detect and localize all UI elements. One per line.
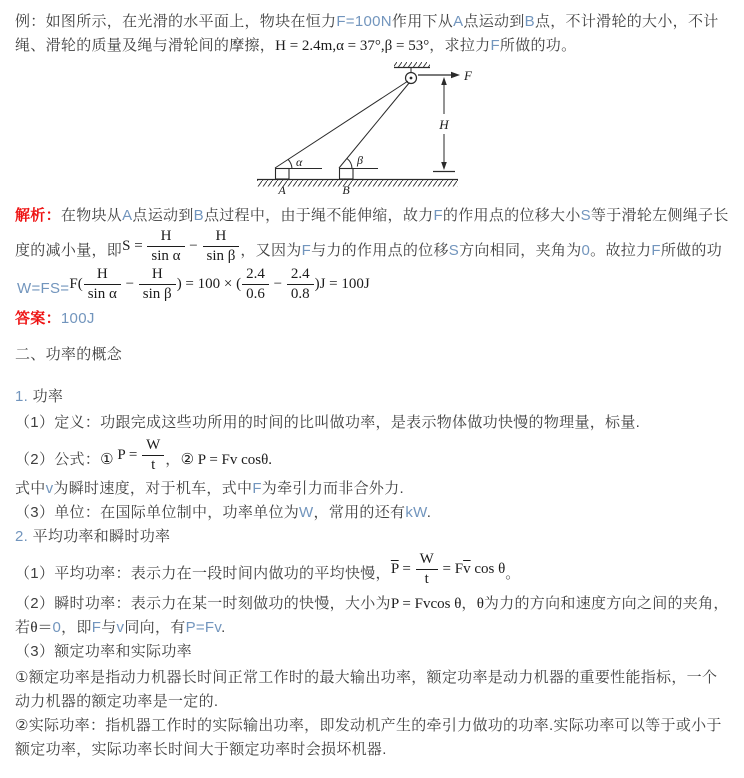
text-segment: 方向相同，夹角为 xyxy=(459,242,581,259)
block-b xyxy=(340,169,354,180)
formula-token: ) = 100 × ( xyxy=(177,276,241,292)
force-label: F xyxy=(463,68,473,83)
work-formula: F(Hsin α − Hsin β) = 100 × (2.40.6 − 2.4… xyxy=(69,266,369,304)
text-segment: . xyxy=(221,619,225,636)
fraction-numerator: H xyxy=(147,228,184,247)
text-segment: 解析： xyxy=(15,207,61,224)
solution-text-2: ，又因为F与力的作用点的位移S方向相同，夹角为0。故拉力F所做的功 xyxy=(240,242,722,259)
fraction: Hsin α xyxy=(146,228,185,266)
text-segment: θ＝ xyxy=(30,620,52,636)
formula-token: cos θ xyxy=(471,561,506,577)
text-segment: F=100N xyxy=(336,13,392,30)
answer-value: 100J xyxy=(61,310,95,327)
text-segment: 。故拉力 xyxy=(590,242,651,259)
fraction-denominator: t xyxy=(142,456,164,474)
text-segment: 在物块从 xyxy=(61,207,122,224)
formula-token: − xyxy=(122,276,138,292)
text-segment: 0 xyxy=(53,619,62,636)
text-segment: F xyxy=(302,242,311,259)
fraction: Hsin α xyxy=(83,266,122,304)
fraction: Hsin β xyxy=(202,228,241,266)
fraction-denominator: sin α xyxy=(84,285,121,303)
avg-inst-heading: 2. 平均功率和瞬时功率 xyxy=(15,525,729,549)
text-segment: A xyxy=(453,13,463,30)
beta-label: β xyxy=(356,153,363,167)
formula-token: P = xyxy=(117,447,141,463)
section-heading: 二、功率的概念 xyxy=(15,343,729,367)
formula-token: P xyxy=(391,561,399,577)
example-paragraph: 例：如图所示，在光滑的水平面上，物块在恒力F=100N作用下从A点运动到B点，不… xyxy=(15,10,729,58)
fraction-denominator: sin α xyxy=(147,247,184,265)
work-formula-line: W=FS=F(Hsin α − Hsin β) = 100 × (2.40.6 … xyxy=(17,266,729,304)
circled-one: ① xyxy=(100,452,117,468)
rope-line-a xyxy=(275,81,408,168)
text-segment: 式中 xyxy=(15,480,46,497)
text-segment: （3）单位：在国际单位制中，功率单位为 xyxy=(15,504,299,521)
text-segment: ①额定功率是指动力机器长时间正常工作时的最大输出功率，额定功率是动力机器的重要性… xyxy=(15,669,717,710)
formula-token: − xyxy=(186,238,202,254)
average-power-line: （1）平均功率：表示力在一段时间内做功的平均快慢，P = Wt = Fv cos… xyxy=(15,551,729,589)
formula-list-label: （2）公式： xyxy=(15,451,100,468)
text-segment: 与力的作用点的位移 xyxy=(311,242,449,259)
power-formula-line: （2）公式：① P = Wt，② P = Fv cosθ. xyxy=(15,437,729,475)
text-segment: 的作用点的位移大小 xyxy=(443,207,581,224)
text-segment: F xyxy=(433,207,442,224)
rated-power-paragraph: ①额定功率是指动力机器长时间正常工作时的最大输出功率，额定功率是动力机器的重要性… xyxy=(15,666,729,714)
fraction-denominator: sin β xyxy=(139,285,176,303)
ceiling-hatch-icon xyxy=(394,62,430,73)
power-unit: （3）单位：在国际单位制中，功率单位为W，常用的还有kW. xyxy=(15,501,729,525)
text-segment: ，又因为 xyxy=(240,242,301,259)
fraction: Hsin β xyxy=(138,266,177,304)
formula-token: = xyxy=(399,561,415,577)
text-segment: 平均功率和瞬时功率 xyxy=(28,528,170,545)
fraction-numerator: 2.4 xyxy=(287,266,314,285)
text-segment: S xyxy=(449,242,459,259)
text-segment: ，求拉力 xyxy=(429,37,490,54)
text-segment: ②实际功率：指机器工作时的实际输出功率，即发动机产生的牵引力做功的功率. xyxy=(15,717,553,734)
text-segment: 例：如图所示，在光滑的水平面上，物块在恒力 xyxy=(15,13,336,30)
pulley-figure-svg: F α β A B xyxy=(232,62,514,198)
answer-label: 答案： xyxy=(15,310,61,327)
fraction-numerator: W xyxy=(416,551,438,570)
rope-line-b xyxy=(339,83,410,169)
average-power-text: （1）平均功率：表示力在一段时间内做功的平均快慢， xyxy=(15,565,391,582)
formula-token: )J = 100J xyxy=(315,276,370,292)
avg-power-formula: P = Wt = Fv cos θ xyxy=(391,551,505,589)
text-segment: F xyxy=(252,480,261,497)
text-segment: （3）额定功率和实际功率 xyxy=(15,643,192,660)
formula-token: v xyxy=(463,561,471,577)
fraction: 2.40.8 xyxy=(286,266,315,304)
actual-power-paragraph: ②实际功率：指机器工作时的实际输出功率，即发动机产生的牵引力做功的功率.实际功率… xyxy=(15,714,729,762)
ground-hatch-icon xyxy=(257,180,458,187)
text-segment: F xyxy=(490,37,499,54)
text-segment: F xyxy=(651,242,660,259)
text-segment: （2）瞬时功率：表示力在某一时刻做功的快慢，大小为 xyxy=(15,595,391,612)
text-segment: 所做的功。 xyxy=(500,37,577,54)
rated-actual-heading: （3）额定功率和实际功率 xyxy=(15,640,729,664)
text-segment: 点运动到 xyxy=(132,207,193,224)
power-heading: 1. 功率 xyxy=(15,385,729,409)
text-segment: （1）平均功率：表示力在一段时间内做功的平均快慢， xyxy=(15,565,391,582)
height-label: H xyxy=(438,117,449,132)
fraction: Wt xyxy=(141,437,165,475)
fraction: Wt xyxy=(415,551,439,589)
text-segment: 功率 xyxy=(28,388,63,405)
fraction-numerator: H xyxy=(203,228,240,247)
text-segment: 作用下从 xyxy=(392,13,453,30)
text-segment: P=Fv xyxy=(186,619,222,636)
text-segment: ，常用的还有 xyxy=(314,504,406,521)
instant-power-line: （2）瞬时功率：表示力在某一时刻做功的快慢，大小为P = Fvcos θ，θ为力… xyxy=(15,592,729,640)
fraction-denominator: 0.8 xyxy=(287,285,314,303)
fraction-numerator: 2.4 xyxy=(242,266,269,285)
text-segment: ，即 xyxy=(61,619,92,636)
page: 例：如图所示，在光滑的水平面上，物块在恒力F=100N作用下从A点运动到B点，不… xyxy=(0,0,744,762)
power-note: 式中v为瞬时速度，对于机车，式中F为牵引力而非合外力. xyxy=(15,477,729,501)
angle-arc-alpha xyxy=(288,160,292,169)
power-formula-2: ② P = Fv cosθ. xyxy=(181,452,272,468)
fraction-denominator: 0.6 xyxy=(242,285,269,303)
solution-paragraph: 解析：在物块从A点运动到B点过程中，由于绳不能伸缩，故力F的作用点的位移大小S等… xyxy=(15,204,729,266)
block-b-label: B xyxy=(342,183,350,197)
text-segment: 点运动到 xyxy=(463,13,524,30)
text-segment: H = 2.4m,α = 37°,β = 53° xyxy=(275,38,429,54)
alpha-label: α xyxy=(296,155,303,169)
fraction-numerator: H xyxy=(139,266,176,285)
fraction: 2.40.6 xyxy=(241,266,270,304)
text-segment: ， xyxy=(461,595,476,612)
text-segment: θ xyxy=(477,596,484,612)
formula-token: − xyxy=(270,276,286,292)
text-segment: 点过程中，由于绳不能伸缩，故力 xyxy=(204,207,434,224)
text-segment: 为牵引力而非合外力. xyxy=(262,480,404,497)
work-eq-prefix: W=FS= xyxy=(17,280,69,297)
text-segment: B xyxy=(194,207,204,224)
text-segment: S xyxy=(581,207,591,224)
text-segment: 0 xyxy=(582,242,591,259)
text-segment: 1. xyxy=(15,388,28,405)
formula-token: S = xyxy=(122,238,146,254)
text-segment: 所做的功 xyxy=(661,242,722,259)
average-power-suffix: 。 xyxy=(505,565,520,582)
text-segment: 。 xyxy=(505,565,520,582)
text-segment: B xyxy=(525,13,535,30)
angle-arc-beta xyxy=(347,159,352,169)
text-segment: 2. xyxy=(15,528,28,545)
text-segment: 为瞬时速度，对于机车，式中 xyxy=(53,480,252,497)
power-formula-1: P = Wt xyxy=(117,437,165,475)
separator: ， xyxy=(165,451,180,468)
fraction-denominator: sin β xyxy=(203,247,240,265)
formula-token: = F xyxy=(439,561,463,577)
answer-line: 答案：100J xyxy=(15,307,729,331)
text-segment: kW xyxy=(405,504,426,521)
fraction-numerator: H xyxy=(84,266,121,285)
text-segment: W xyxy=(299,504,313,521)
text-segment: 同向，有 xyxy=(124,619,185,636)
block-a xyxy=(276,169,290,180)
text-segment: （1）定义：功跟完成这些功所用的时间的比叫做功率，是表示物体做功快慢的物理量，标… xyxy=(15,414,640,431)
text-segment: . xyxy=(427,504,431,521)
force-arrow xyxy=(418,72,460,78)
pulley-figure: F α β A B xyxy=(232,62,514,198)
power-definition: （1）定义：功跟完成这些功所用的时间的比叫做功率，是表示物体做功快慢的物理量，标… xyxy=(15,411,729,435)
text-segment: （2）公式： xyxy=(15,451,100,468)
text-segment: 与 xyxy=(101,619,116,636)
displacement-formula: S = Hsin α − Hsin β xyxy=(122,228,240,266)
block-a-label: A xyxy=(277,183,286,197)
fraction-numerator: W xyxy=(142,437,164,456)
text-segment: A xyxy=(122,207,132,224)
formula-token: F( xyxy=(69,276,82,292)
fraction-denominator: t xyxy=(416,570,438,588)
text-segment: F xyxy=(92,619,101,636)
text-segment: P = Fvcos θ xyxy=(391,596,462,612)
